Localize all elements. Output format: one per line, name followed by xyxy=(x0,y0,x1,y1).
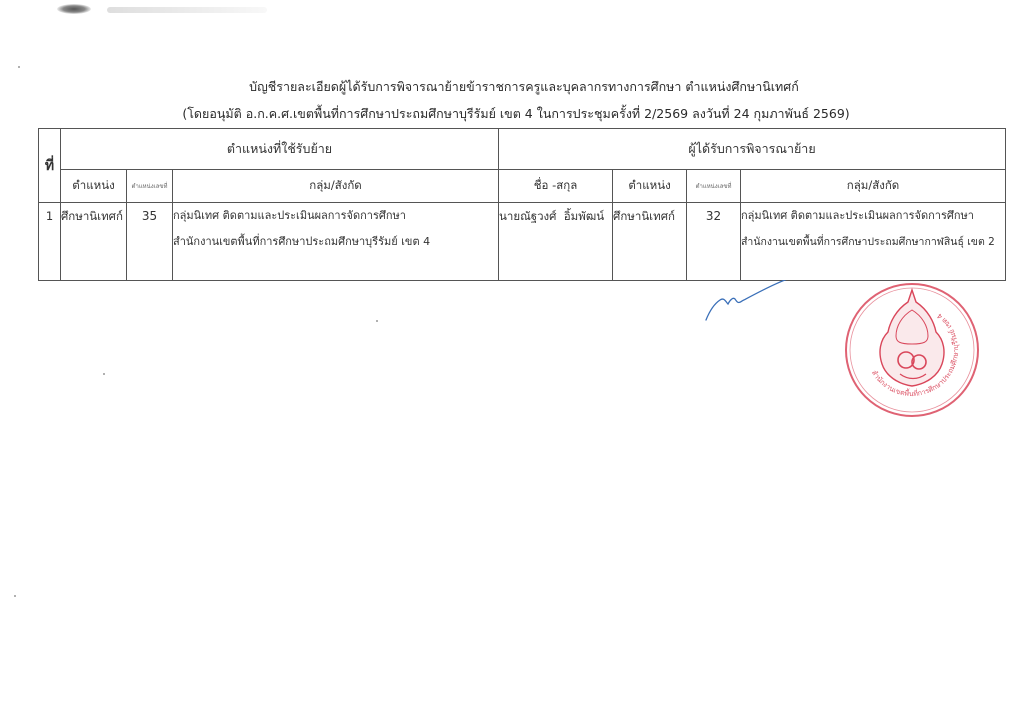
scan-faint-text xyxy=(107,7,267,13)
vacancy-position: ศึกษานิเทศก์ xyxy=(61,203,127,281)
vacancy-affiliation-line1: กลุ่มนิเทศ ติดตามและประเมินผลการจัดการศึ… xyxy=(173,203,498,229)
vacancy-number: 35 xyxy=(127,203,173,281)
scan-speck xyxy=(18,66,20,68)
applicant-number: 32 xyxy=(687,203,741,281)
column-header-vacancy-position: ตำแหน่ง xyxy=(61,170,127,203)
transfer-table: ที่ ตำแหน่งที่ใช้รับย้าย ผู้ได้รับการพิจ… xyxy=(38,128,1006,281)
column-header-vacancy-number: ตำแหน่งเลขที่ xyxy=(127,170,173,203)
column-header-no: ที่ xyxy=(39,129,61,203)
applicant-name: นายณัฐวงศ์ อิ้มพัฒน์ xyxy=(499,203,613,281)
vacancy-affiliation-line2: สำนักงานเขตพื้นที่การศึกษาประถมศึกษาบุรี… xyxy=(173,229,498,255)
scan-speck xyxy=(14,595,16,597)
document-subtitle: (โดยอนุมัติ อ.ก.ค.ศ.เขตพื้นที่การศึกษาปร… xyxy=(4,104,1024,124)
official-seal-stamp: สำนักงานเขตพื้นที่การศึกษาประถมศึกษาบุรี… xyxy=(842,280,982,420)
applicant-affiliation: กลุ่มนิเทศ ติดตามและประเมินผลการจัดการศึ… xyxy=(741,203,1006,281)
row-no: 1 xyxy=(39,203,61,281)
vacancy-affiliation: กลุ่มนิเทศ ติดตามและประเมินผลการจัดการศึ… xyxy=(173,203,499,281)
column-header-applicant-position: ตำแหน่ง xyxy=(613,170,687,203)
scan-smudge xyxy=(57,4,91,14)
applicant-affiliation-line1: กลุ่มนิเทศ ติดตามและประเมินผลการจัดการศึ… xyxy=(741,203,1005,229)
scan-speck xyxy=(103,373,105,375)
column-header-applicant-name: ชื่อ -สกุล xyxy=(499,170,613,203)
column-header-vacancy-affiliation: กลุ่ม/สังกัด xyxy=(173,170,499,203)
column-header-applicant-number: ตำแหน่งเลขที่ xyxy=(687,170,741,203)
group-header-applicant: ผู้ได้รับการพิจารณาย้าย xyxy=(499,129,1006,170)
applicant-position: ศึกษานิเทศก์ xyxy=(613,203,687,281)
scan-speck xyxy=(376,320,378,322)
applicant-affiliation-line2: สำนักงานเขตพื้นที่การศึกษาประถมศึกษากาฬส… xyxy=(741,229,1005,255)
group-header-vacancy: ตำแหน่งที่ใช้รับย้าย xyxy=(61,129,499,170)
column-header-applicant-affiliation: กลุ่ม/สังกัด xyxy=(741,170,1006,203)
document-title: บัญชีรายละเอียดผู้ได้รับการพิจารณาย้ายข้… xyxy=(12,77,1024,97)
table-row: 1 ศึกษานิเทศก์ 35 กลุ่มนิเทศ ติดตามและปร… xyxy=(39,203,1006,281)
table-subheader-row: ตำแหน่ง ตำแหน่งเลขที่ กลุ่ม/สังกัด ชื่อ … xyxy=(39,170,1006,203)
signature-mark xyxy=(704,280,824,330)
table-header-row: ที่ ตำแหน่งที่ใช้รับย้าย ผู้ได้รับการพิจ… xyxy=(39,129,1006,170)
